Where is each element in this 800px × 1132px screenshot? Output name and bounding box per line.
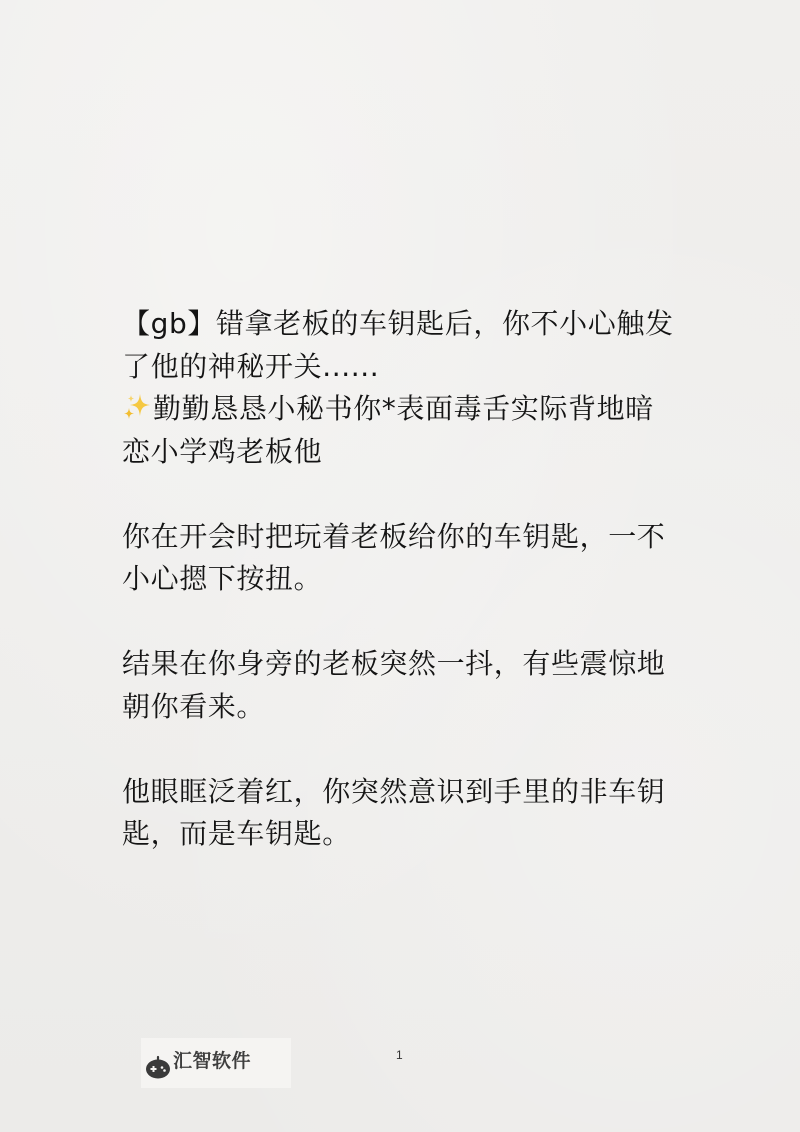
watermark-text: 汇智软件 — [173, 1046, 251, 1073]
gamepad-icon — [145, 1054, 171, 1080]
text-line: 勤勤恳恳小秘书你*表面毒舌实际背地暗 — [122, 388, 692, 431]
paragraph-title: 【gb】错拿老板的车钥匙后，你不小心触发 了他的神秘开关...... 勤勤恳恳小… — [122, 303, 692, 473]
text-line: 他眼眶泛着红，你突然意识到手里的非车钥 — [122, 771, 692, 814]
text-line: 结果在你身旁的老板突然一抖，有些震惊地 — [122, 643, 692, 686]
text-line: 恋小学鸡老板他 — [122, 431, 692, 474]
paragraph: 结果在你身旁的老板突然一抖，有些震惊地 朝你看来。 — [122, 643, 692, 728]
text-line: 【gb】错拿老板的车钥匙后，你不小心触发 — [122, 303, 692, 346]
text-line: 了他的神秘开关...... — [122, 346, 692, 389]
watermark-badge: 汇智软件 — [141, 1038, 291, 1088]
page-number: 1 — [396, 1048, 403, 1062]
paragraph: 他眼眶泛着红，你突然意识到手里的非车钥 匙，而是车钥匙。 — [122, 771, 692, 856]
text-line: 朝你看来。 — [122, 686, 692, 729]
text-line: 你在开会时把玩着老板给你的车钥匙，一不 — [122, 516, 692, 559]
sparkles-icon — [122, 392, 152, 422]
text-line: 小心摁下按扭。 — [122, 558, 692, 601]
text-line-content: 勤勤恳恳小秘书你*表面毒舌实际背地暗 — [153, 392, 654, 425]
paragraph: 你在开会时把玩着老板给你的车钥匙，一不 小心摁下按扭。 — [122, 516, 692, 601]
document-body: 【gb】错拿老板的车钥匙后，你不小心触发 了他的神秘开关...... 勤勤恳恳小… — [122, 303, 692, 856]
text-line: 匙，而是车钥匙。 — [122, 813, 692, 856]
